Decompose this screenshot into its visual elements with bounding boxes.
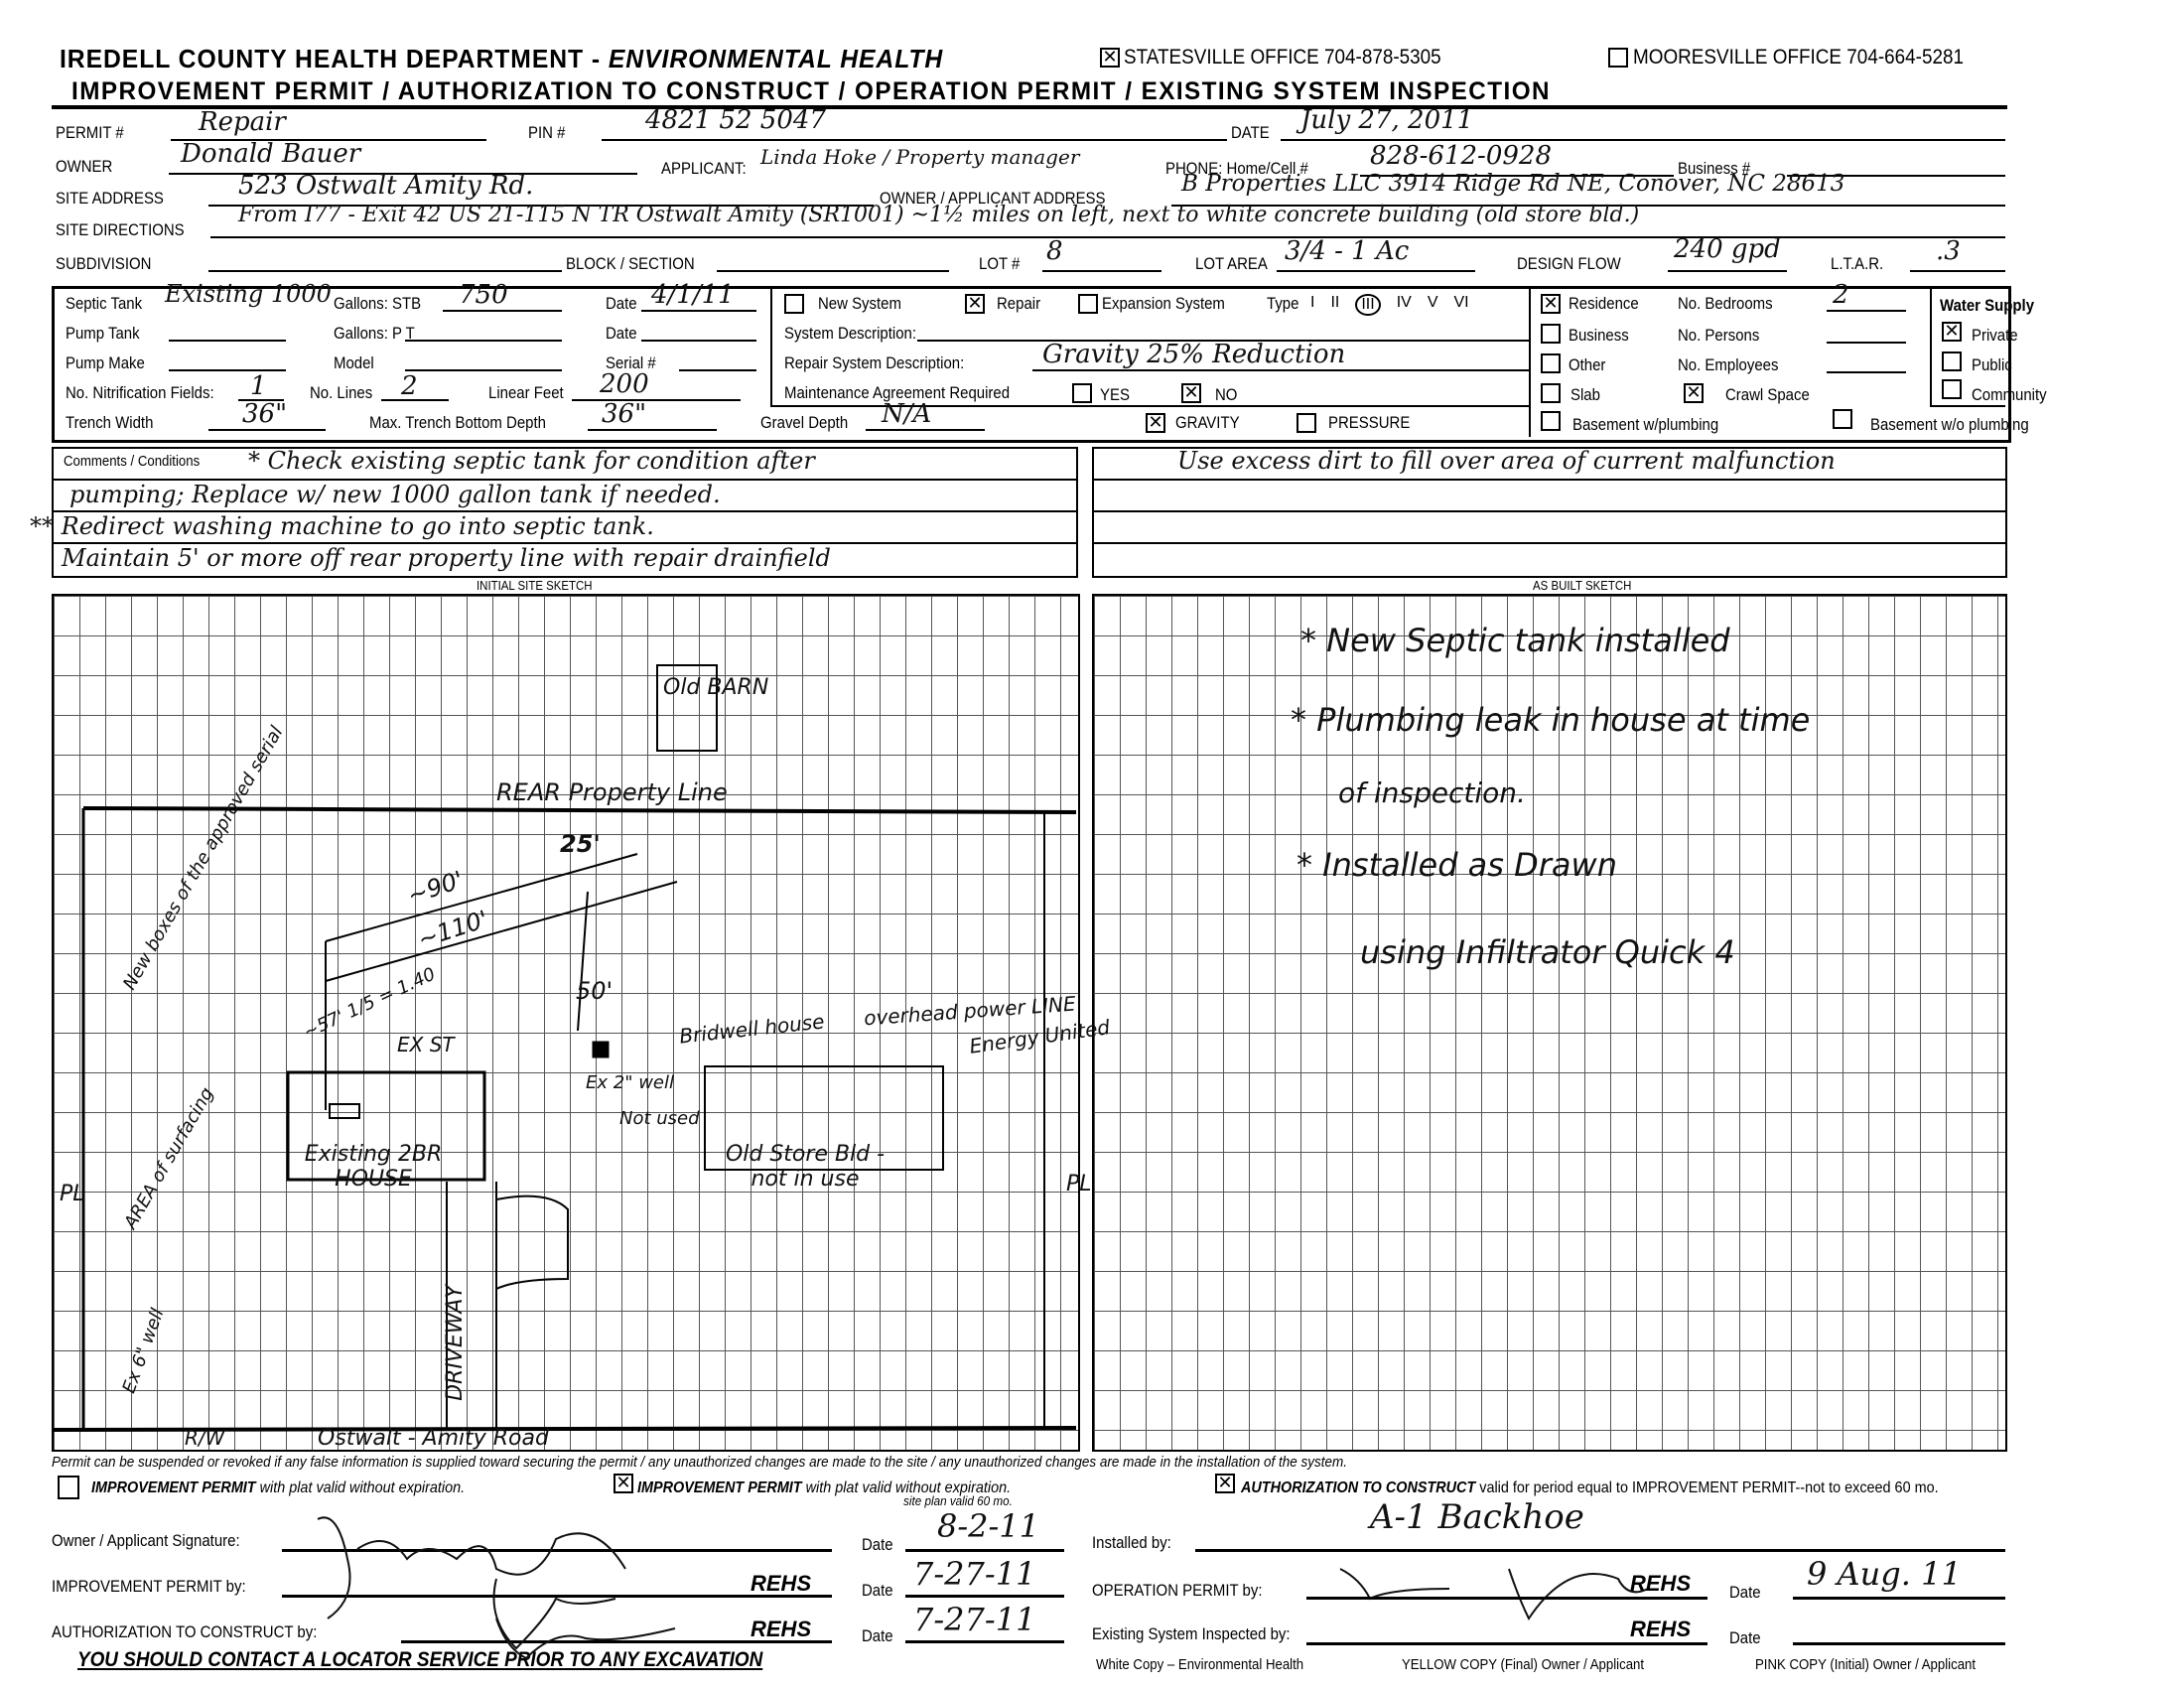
as-built-note-1: * New Septic tank installed xyxy=(1300,622,1730,659)
installed-by-value[interactable]: A-1 Backhoe xyxy=(1370,1497,1584,1537)
sketch-fifty-feet: 50' xyxy=(576,977,613,1005)
owner-address-value[interactable]: B Properties LLC 3914 Ridge Rd NE, Conov… xyxy=(1181,171,1844,197)
op-date[interactable]: 9 Aug. 11 xyxy=(1807,1555,1962,1593)
repair-label: Repair xyxy=(997,294,1040,314)
max-depth-label: Max. Trench Bottom Depth xyxy=(369,413,546,433)
atc-date[interactable]: 7-27-11 xyxy=(913,1601,1035,1638)
gallons-pt-line xyxy=(405,340,562,342)
gallons-stb-label: Gallons: STB xyxy=(334,294,421,314)
ip-by-label: IMPROVEMENT PERMIT by: xyxy=(52,1577,246,1597)
design-flow-field-line xyxy=(1668,270,1787,272)
system-type-ii[interactable]: II xyxy=(1330,294,1339,316)
employees-label: No. Employees xyxy=(1678,355,1778,375)
repair-description-line xyxy=(1032,369,1529,371)
phone-value[interactable]: 828-612-0928 xyxy=(1370,141,1552,171)
trench-width-label: Trench Width xyxy=(66,413,153,433)
esi-rehs: REHS xyxy=(1630,1617,1691,1642)
septic-date-line xyxy=(641,310,756,312)
system-type-options[interactable]: IIIIIIIVVVI xyxy=(1310,294,1469,316)
basement-wo-plumbing-label: Basement w/o plumbing xyxy=(1870,415,2029,435)
division-name: ENVIRONMENTAL HEALTH xyxy=(609,44,943,73)
business-type-label: Business xyxy=(1569,326,1629,346)
permit-label: PERMIT # xyxy=(56,123,124,143)
private-water-checkbox[interactable] xyxy=(1942,322,1962,342)
subdivision-label: SUBDIVISION xyxy=(56,254,151,274)
maintenance-label: Maintenance Agreement Required xyxy=(784,383,1010,403)
site-directions-value[interactable]: From I77 - Exit 42 US 21-115 N TR Ostwal… xyxy=(238,203,1639,227)
yellow-copy-note: YELLOW COPY (Final) Owner / Applicant xyxy=(1402,1656,1644,1673)
lot-label: LOT # xyxy=(979,254,1020,274)
existing-system-inspected-label: Existing System Inspected by: xyxy=(1092,1624,1291,1644)
atc-label-bold: AUTHORIZATION TO CONSTRUCT xyxy=(1241,1479,1475,1496)
subdivision-field-line xyxy=(208,270,562,272)
atc-label: AUTHORIZATION TO CONSTRUCT valid for per… xyxy=(1241,1479,1939,1497)
slab-label: Slab xyxy=(1570,385,1600,405)
applicant-value[interactable]: Linda Hoke / Property manager xyxy=(760,145,1079,169)
signature-scribbles xyxy=(298,1499,754,1668)
system-type-v[interactable]: V xyxy=(1428,294,1438,316)
residence-label: Residence xyxy=(1569,294,1639,314)
nitrification-label: No. Nitrification Fields: xyxy=(66,383,214,403)
trench-width-line xyxy=(208,429,326,431)
septic-date-value[interactable]: 4/1/11 xyxy=(651,280,735,310)
persons-label: No. Persons xyxy=(1678,326,1759,346)
system-type-iv[interactable]: IV xyxy=(1397,294,1412,316)
design-flow-value[interactable]: 240 gpd xyxy=(1674,234,1781,264)
ip-no-plat-label-rest: with plat valid without expiration. xyxy=(256,1479,466,1496)
date-label: DATE xyxy=(1231,123,1270,143)
as-built-sketch-title: AS BUILT SKETCH xyxy=(1533,578,1631,593)
atc-date-line xyxy=(905,1640,1064,1643)
atc-label-rest: valid for period equal to IMPROVEMENT PE… xyxy=(1475,1479,1938,1496)
as-built-note-3: of inspection. xyxy=(1338,776,1526,809)
bedrooms-value[interactable]: 2 xyxy=(1833,280,1849,310)
lines-value[interactable]: 2 xyxy=(401,371,418,401)
model-line xyxy=(405,369,562,371)
basement-wo-plumbing-checkbox[interactable] xyxy=(1833,409,1852,429)
max-depth-value[interactable]: 36" xyxy=(602,399,646,429)
header-divider xyxy=(52,105,2007,109)
sketch-property-line-left: PL xyxy=(60,1182,85,1206)
community-water-label: Community xyxy=(1972,385,2047,405)
op-by-label: OPERATION PERMIT by: xyxy=(1092,1581,1263,1601)
site-address-value[interactable]: 523 Ostwalt Amity Rd. xyxy=(238,171,533,201)
sketch-old-store: Old Store Bld - not in use xyxy=(711,1142,899,1192)
sketch-right-of-way: R/W xyxy=(185,1426,224,1450)
gallons-stb-value[interactable]: 750 xyxy=(459,280,508,310)
crawl-space-checkbox[interactable] xyxy=(1684,383,1704,403)
owner-label: OWNER xyxy=(56,157,112,177)
bedrooms-line xyxy=(1827,310,1906,312)
other-checkbox[interactable] xyxy=(1541,353,1561,373)
ip-date[interactable]: 7-27-11 xyxy=(913,1555,1035,1593)
comment-left-line-2[interactable]: pumping; Replace w/ new 1000 gallon tank… xyxy=(69,481,721,508)
owner-signature-date-line xyxy=(905,1549,1064,1552)
system-type-vi[interactable]: VI xyxy=(1453,294,1468,316)
op-date-label: Date xyxy=(1729,1583,1761,1603)
statesville-office-checkbox[interactable] xyxy=(1100,48,1120,68)
revocation-warning: Permit can be suspended or revoked if an… xyxy=(52,1454,1347,1471)
expansion-checkbox[interactable] xyxy=(1078,294,1098,314)
residence-checkbox[interactable] xyxy=(1541,294,1561,314)
department-title: IREDELL COUNTY HEALTH DEPARTMENT - ENVIR… xyxy=(60,44,943,74)
gallons-stb-line xyxy=(443,310,562,312)
sketch-setback-25: 25' xyxy=(560,830,601,858)
ip-no-plat-label: IMPROVEMENT PERMIT with plat valid witho… xyxy=(91,1479,465,1497)
installed-by-label: Installed by: xyxy=(1092,1533,1171,1553)
expansion-label: Expansion System xyxy=(1102,294,1225,314)
pin-field-line xyxy=(602,139,1227,141)
ltar-label: L.T.A.R. xyxy=(1831,254,1883,274)
atc-by-label: AUTHORIZATION TO CONSTRUCT by: xyxy=(52,1622,317,1642)
public-water-label: Public xyxy=(1972,355,2012,375)
sketch-old-barn: Old BARN xyxy=(663,675,768,700)
trench-width-value[interactable]: 36" xyxy=(242,399,287,429)
linear-feet-line xyxy=(572,399,741,401)
system-type-i[interactable]: I xyxy=(1310,294,1314,316)
comment-left-line-1[interactable]: * Check existing septic tank for conditi… xyxy=(248,447,815,475)
ip-rehs: REHS xyxy=(751,1571,811,1597)
owner-signature-label: Owner / Applicant Signature: xyxy=(52,1531,240,1551)
as-built-note-4: * Installed as Drawn xyxy=(1297,846,1617,884)
gravity-label: GRAVITY xyxy=(1175,413,1240,433)
lot-area-value[interactable]: 3/4 - 1 Ac xyxy=(1285,236,1409,266)
sketch-well-not-used: Not used xyxy=(619,1108,700,1129)
esi-date-label: Date xyxy=(1729,1628,1761,1648)
new-system-label: New System xyxy=(818,294,901,314)
lot-field-line xyxy=(1042,270,1161,272)
ltar-value[interactable]: .3 xyxy=(1936,236,1961,266)
comment-right-line-1[interactable]: Use excess dirt to fill over area of cur… xyxy=(1177,447,1836,475)
pump-tank-line xyxy=(169,340,286,342)
gravel-depth-label: Gravel Depth xyxy=(760,413,848,433)
slab-checkbox[interactable] xyxy=(1541,383,1561,403)
permit-value[interactable]: Repair xyxy=(199,107,286,137)
sketch-road-name: Ostwalt - Amity Road xyxy=(318,1426,549,1451)
divider-tank-system xyxy=(770,288,772,407)
divider-system-facility xyxy=(1529,288,1531,437)
nitrification-value[interactable]: 1 xyxy=(250,371,267,401)
lot-value[interactable]: 8 xyxy=(1046,236,1063,266)
owner-signature-date[interactable]: 8-2-11 xyxy=(937,1507,1039,1545)
linear-feet-value[interactable]: 200 xyxy=(600,369,649,399)
as-built-note-5: using Infiltrator Quick 4 xyxy=(1360,933,1735,971)
ip-plat-sub: site plan valid 60 mo. xyxy=(903,1493,1013,1508)
form-title: IMPROVEMENT PERMIT / AUTHORIZATION TO CO… xyxy=(71,77,1551,106)
community-water-checkbox[interactable] xyxy=(1942,379,1962,399)
ip-plat-label-bold: IMPROVEMENT PERMIT xyxy=(637,1479,802,1496)
linear-feet-label: Linear Feet xyxy=(488,383,564,403)
septic-tank-value[interactable]: Existing 1000 xyxy=(165,280,332,308)
pressure-checkbox[interactable] xyxy=(1297,413,1316,433)
pin-label: PIN # xyxy=(528,123,565,143)
maintenance-no-label: NO xyxy=(1215,385,1237,405)
public-water-checkbox[interactable] xyxy=(1942,352,1962,371)
maintenance-yes-checkbox[interactable] xyxy=(1072,383,1092,403)
ip-no-plat-checkbox[interactable] xyxy=(58,1476,79,1499)
owner-value[interactable]: Donald Bauer xyxy=(181,139,360,169)
pressure-label: PRESSURE xyxy=(1328,413,1410,433)
repair-checkbox[interactable] xyxy=(965,294,985,314)
new-system-checkbox[interactable] xyxy=(784,294,804,314)
department-name: IREDELL COUNTY HEALTH DEPARTMENT - xyxy=(60,44,609,73)
pump-make-label: Pump Make xyxy=(66,353,145,373)
op-rehs: REHS xyxy=(1630,1571,1691,1597)
white-copy-note: White Copy – Environmental Health xyxy=(1096,1656,1303,1673)
comment-rule-r2 xyxy=(1092,510,2007,512)
bedrooms-label: No. Bedrooms xyxy=(1678,294,1773,314)
comments-label: Comments / Conditions xyxy=(64,453,200,470)
site-directions-label: SITE DIRECTIONS xyxy=(56,220,185,240)
lines-label: No. Lines xyxy=(310,383,372,403)
sketch-property-line-right: PL xyxy=(1066,1172,1092,1196)
pump-tank-label: Pump Tank xyxy=(66,324,140,344)
persons-line xyxy=(1827,342,1906,344)
applicant-label: APPLICANT: xyxy=(661,159,747,179)
system-type-iii[interactable]: III xyxy=(1355,294,1380,316)
ip-date-label: Date xyxy=(862,1581,893,1601)
gravity-checkbox[interactable] xyxy=(1146,413,1165,433)
maintenance-no-checkbox[interactable] xyxy=(1181,383,1201,403)
site-address-label: SITE ADDRESS xyxy=(56,189,164,209)
repair-description-value[interactable]: Gravity 25% Reduction xyxy=(1042,340,1345,369)
lot-area-label: LOT AREA xyxy=(1195,254,1268,274)
serial-line xyxy=(679,369,756,371)
comment-left-line-3[interactable]: ** Redirect washing machine to go into s… xyxy=(30,512,654,540)
sketch-rear-property-line: REAR Property Line xyxy=(496,778,728,806)
installed-by-line xyxy=(1195,1549,2005,1552)
maintenance-yes-label: YES xyxy=(1100,385,1130,405)
basement-w-plumbing-checkbox[interactable] xyxy=(1541,411,1561,431)
system-description-label: System Description: xyxy=(784,324,916,344)
statesville-office-label: STATESVILLE OFFICE 704-878-5305 xyxy=(1124,46,1441,70)
ltar-field-line xyxy=(1910,270,2005,272)
ip-date-line xyxy=(905,1595,1064,1598)
lot-area-field-line xyxy=(1277,270,1475,272)
block-field-line xyxy=(717,270,949,272)
private-water-label: Private xyxy=(1972,326,2018,346)
sketch-existing-house: Existing 2BR HOUSE xyxy=(304,1142,443,1192)
op-by-line[interactable] xyxy=(1306,1597,1707,1600)
model-label: Model xyxy=(334,353,374,373)
gallons-pt-label: Gallons: P T xyxy=(334,324,415,344)
employees-line xyxy=(1827,371,1906,373)
esi-date-line xyxy=(1793,1642,2005,1645)
sketch-existing-2in-well: Ex 2" well xyxy=(586,1072,674,1093)
mooresville-office-label: MOORESVILLE OFFICE 704-664-5281 xyxy=(1633,46,1964,70)
sketch-existing-septic-tank: EX ST xyxy=(397,1033,455,1056)
type-label: Type xyxy=(1267,294,1298,314)
water-supply-title: Water Supply xyxy=(1940,296,2034,316)
crawl-space-label: Crawl Space xyxy=(1725,385,1810,405)
design-flow-label: DESIGN FLOW xyxy=(1517,254,1621,274)
comment-rule-r3 xyxy=(1092,542,2007,544)
ip-no-plat-label-bold: IMPROVEMENT PERMIT xyxy=(91,1479,256,1496)
comment-rule-r1 xyxy=(1092,479,2007,481)
comment-left-line-4[interactable]: Maintain 5' or more off rear property li… xyxy=(62,544,831,572)
op-date-line xyxy=(1793,1597,2005,1600)
repair-description-label: Repair System Description: xyxy=(784,353,964,373)
mooresville-office-checkbox[interactable] xyxy=(1608,48,1628,68)
initial-sketch-title: INITIAL SITE SKETCH xyxy=(477,578,593,593)
as-built-note-2: * Plumbing leak in house at time xyxy=(1291,701,1810,739)
gravel-depth-line xyxy=(866,429,985,431)
pump-date-line xyxy=(641,340,756,342)
atc-rehs: REHS xyxy=(751,1617,811,1642)
gravel-depth-value[interactable]: N/A xyxy=(882,399,931,429)
septic-tank-label: Septic Tank xyxy=(66,294,142,314)
pin-value[interactable]: 4821 52 5047 xyxy=(645,105,826,135)
atc-checkbox[interactable] xyxy=(1215,1474,1235,1493)
other-label: Other xyxy=(1569,355,1605,375)
pump-date-label: Date xyxy=(606,324,637,344)
sketch-driveway: DRIVEWAY xyxy=(443,1285,468,1401)
pump-make-line xyxy=(169,369,286,371)
pink-copy-note: PINK COPY (Initial) Owner / Applicant xyxy=(1755,1656,1976,1673)
ip-plat-checkbox[interactable] xyxy=(614,1474,633,1493)
atc-date-label: Date xyxy=(862,1626,893,1646)
business-checkbox[interactable] xyxy=(1541,324,1561,344)
existing-system-inspected-line[interactable] xyxy=(1306,1642,1707,1645)
block-label: BLOCK / SECTION xyxy=(566,254,695,274)
owner-signature-date-label: Date xyxy=(862,1535,893,1555)
date-value[interactable]: July 27, 2011 xyxy=(1300,105,1473,135)
septic-date-label: Date xyxy=(606,294,637,314)
basement-w-plumbing-label: Basement w/plumbing xyxy=(1572,415,1718,435)
max-depth-line xyxy=(588,429,717,431)
